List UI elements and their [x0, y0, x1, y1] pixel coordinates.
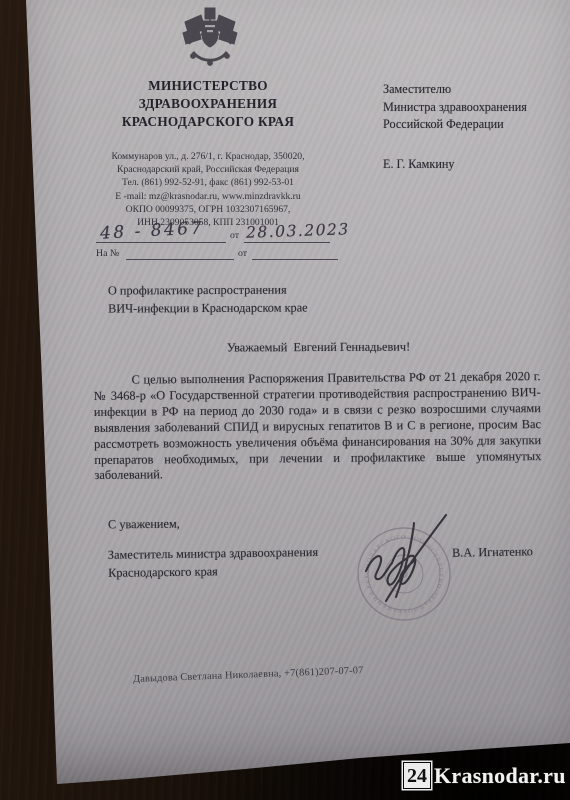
site-watermark: 24 Krasnodar.ru: [403, 762, 566, 789]
recipient-line: Российской Федерации: [383, 116, 527, 134]
incoming-date-line: [252, 259, 338, 260]
recipient-line: Министра здравоохранения: [383, 99, 527, 117]
ministry-name-line: ЗДРАВООХРАНЕНИЯ: [94, 95, 322, 113]
closing-phrase: С уважением,: [108, 517, 180, 533]
body-paragraph: С целью выполнения Распоряжения Правител…: [94, 369, 542, 484]
recipient-name: Е. Г. Камкину: [383, 156, 454, 174]
watermark-24-badge: 24: [403, 762, 431, 789]
outgoing-date-handwritten: 28.03.2023: [246, 220, 350, 242]
subject-block: О профилактике распространения ВИЧ-инфек…: [108, 281, 308, 317]
outgoing-ot-label: от: [230, 230, 239, 241]
ministry-name: МИНИСТЕРСТВО ЗДРАВООХРАНЕНИЯ КРАСНОДАРСК…: [94, 77, 322, 131]
letterhead-requisites: Коммунаров ул., д. 276/1, г. Краснодар, …: [86, 150, 330, 229]
outgoing-date-line: [244, 242, 330, 243]
okpo-ogrn-line: ОКПО 00099375, ОГРН 1032307165967,: [86, 203, 330, 216]
incoming-ot-label: от: [238, 248, 247, 259]
salutation: Уважаемый Евгений Геннадьевич!: [95, 339, 542, 356]
outgoing-number-handwritten: 48 - 8467: [100, 218, 205, 243]
incoming-label: На №: [96, 248, 119, 259]
outgoing-ref-row: 48 - 8467 от 28.03.2023: [96, 221, 336, 247]
recipient-block: Заместителю Министра здравоохранения Рос…: [383, 81, 527, 134]
address-line: Коммунаров ул., д. 276/1, г. Краснодар, …: [86, 150, 330, 163]
signer-name: В.А. Игнатенко: [452, 544, 533, 560]
photo-of-letter: МИНИСТЕРСТВО ЗДРАВООХРАНЕНИЯ КРАСНОДАРСК…: [0, 0, 570, 800]
subject-line: О профилактике распространения: [108, 281, 308, 300]
phone-fax-line: Тел. (861) 992-52-91, факс (861) 992-53-…: [86, 176, 330, 189]
subject-line: ВИЧ-инфекции в Краснодарском крае: [108, 299, 308, 318]
ministry-name-line: МИНИСТЕРСТВО: [94, 77, 322, 95]
incoming-ref-row: На № от: [96, 248, 336, 264]
signer-title: Заместитель министра здравоохранения Кра…: [108, 543, 378, 582]
address-line: Краснодарский край, Российская Федерация: [86, 163, 330, 176]
incoming-number-line: [126, 259, 234, 260]
outgoing-number-line: [96, 242, 226, 243]
email-site-line: E -mail: mz@krasnodar.ru, www.minzdravkk…: [86, 190, 330, 203]
krasnodar-krai-coat-of-arms-icon: [181, 6, 239, 70]
watermark-site-name: Krasnodar.ru: [434, 763, 566, 789]
recipient-line: Заместителю: [383, 81, 527, 99]
ministry-name-line: КРАСНОДАРСКОГО КРАЯ: [94, 113, 322, 131]
